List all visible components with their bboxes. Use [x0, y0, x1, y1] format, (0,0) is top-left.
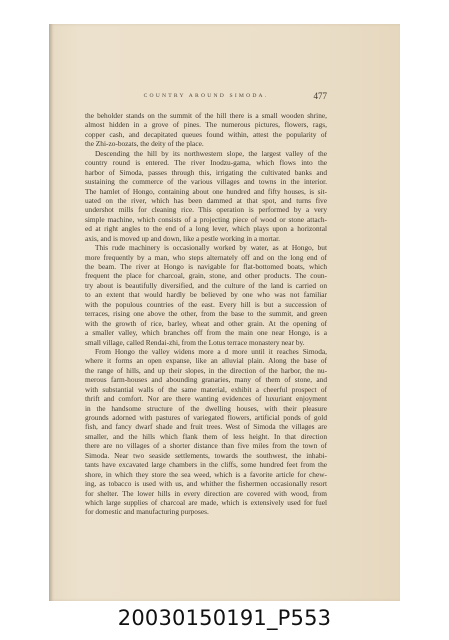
running-title: COUNTRY AROUND SIMODA. — [125, 93, 287, 99]
text-line: fish, and fancy dwarf shade and fruit tr… — [85, 422, 327, 431]
text-line: sustaining the commerce of the various v… — [85, 177, 327, 186]
text-line: This rude machinery is occasionally work… — [85, 243, 327, 252]
text-line: the beholder stands on the summit of the… — [85, 111, 327, 120]
text-line: smaller, and the hills which flank them … — [85, 432, 327, 441]
text-line: simple machine, which consists of a proj… — [85, 215, 327, 224]
text-line: Descending the hill by its northwestern … — [85, 149, 327, 158]
text-line: the beam. The river at Hongo is navigabl… — [85, 262, 327, 271]
text-line: grounds adorned with pastures of variega… — [85, 413, 327, 422]
text-line: the Zhi-zo-bozats, the deity of the plac… — [85, 139, 327, 148]
scanned-book-page: COUNTRY AROUND SIMODA. 477 the beholder … — [49, 24, 400, 601]
text-line: with substantial walls of the same mater… — [85, 385, 327, 394]
text-line: thrift and comfort. Nor are there wantin… — [85, 394, 327, 403]
text-line: a smaller valley, which branches off fro… — [85, 328, 327, 337]
text-line: try about is beautifully diversified, an… — [85, 281, 327, 290]
text-line: the range of hills, and up their slopes,… — [85, 366, 327, 375]
text-line: for domestic and manufacturing purposes. — [85, 507, 327, 516]
running-head: COUNTRY AROUND SIMODA. 477 — [85, 93, 327, 103]
text-line: with the populous countries of the east.… — [85, 300, 327, 309]
text-line: From Hongo the valley widens more a d mo… — [85, 347, 327, 356]
text-line: ed at right angles to the end of a long … — [85, 224, 327, 233]
text-line: small village, called Rendai-zhi, from t… — [85, 338, 327, 347]
text-line: axis, and is moved up and down, like a p… — [85, 234, 327, 243]
text-line: shore, in which they store the sea weed,… — [85, 470, 327, 479]
text-line: almost hidden in a grove of pines. The n… — [85, 120, 327, 129]
text-line: merous farm-houses and abounding granari… — [85, 375, 327, 384]
text-line: tants have excavated large chambers in t… — [85, 460, 327, 469]
text-line: harbor of Simoda, passes through this, i… — [85, 168, 327, 177]
page-number: 477 — [314, 91, 328, 101]
text-line: copper cash, and decapitated queues foun… — [85, 130, 327, 139]
text-line: where it forms an open expanse, like an … — [85, 356, 327, 365]
text-line: Simoda. Near two seaside settlements, to… — [85, 451, 327, 460]
text-line: frequent the place for charcoal, grain, … — [85, 271, 327, 280]
text-line: uated on the river, which has been damme… — [85, 196, 327, 205]
text-line: terraces, rising one above the other, fr… — [85, 309, 327, 318]
text-line: undershot mills for cleaning rice. This … — [85, 205, 327, 214]
text-line: for shelter. The lower hills in every di… — [85, 489, 327, 498]
text-line: ing, as tobacco is used with us, and whi… — [85, 479, 327, 488]
text-line: in the handsome structure of the dwellin… — [85, 404, 327, 413]
text-line: which large supplies of charcoal are mad… — [85, 498, 327, 507]
text-line: more frequently by a man, who steps alte… — [85, 253, 327, 262]
text-line: The hamlet of Hongo, containing about on… — [85, 187, 327, 196]
text-line: with the growth of rice, barley, wheat a… — [85, 319, 327, 328]
text-line: country round is entered. The river Inod… — [85, 158, 327, 167]
text-line: there are no villages of a shorter dista… — [85, 441, 327, 450]
image-id-caption: 20030150191_P553 — [0, 606, 449, 630]
body-text: the beholder stands on the summit of the… — [85, 111, 327, 517]
text-line: to an extent that would hardly be believ… — [85, 290, 327, 299]
